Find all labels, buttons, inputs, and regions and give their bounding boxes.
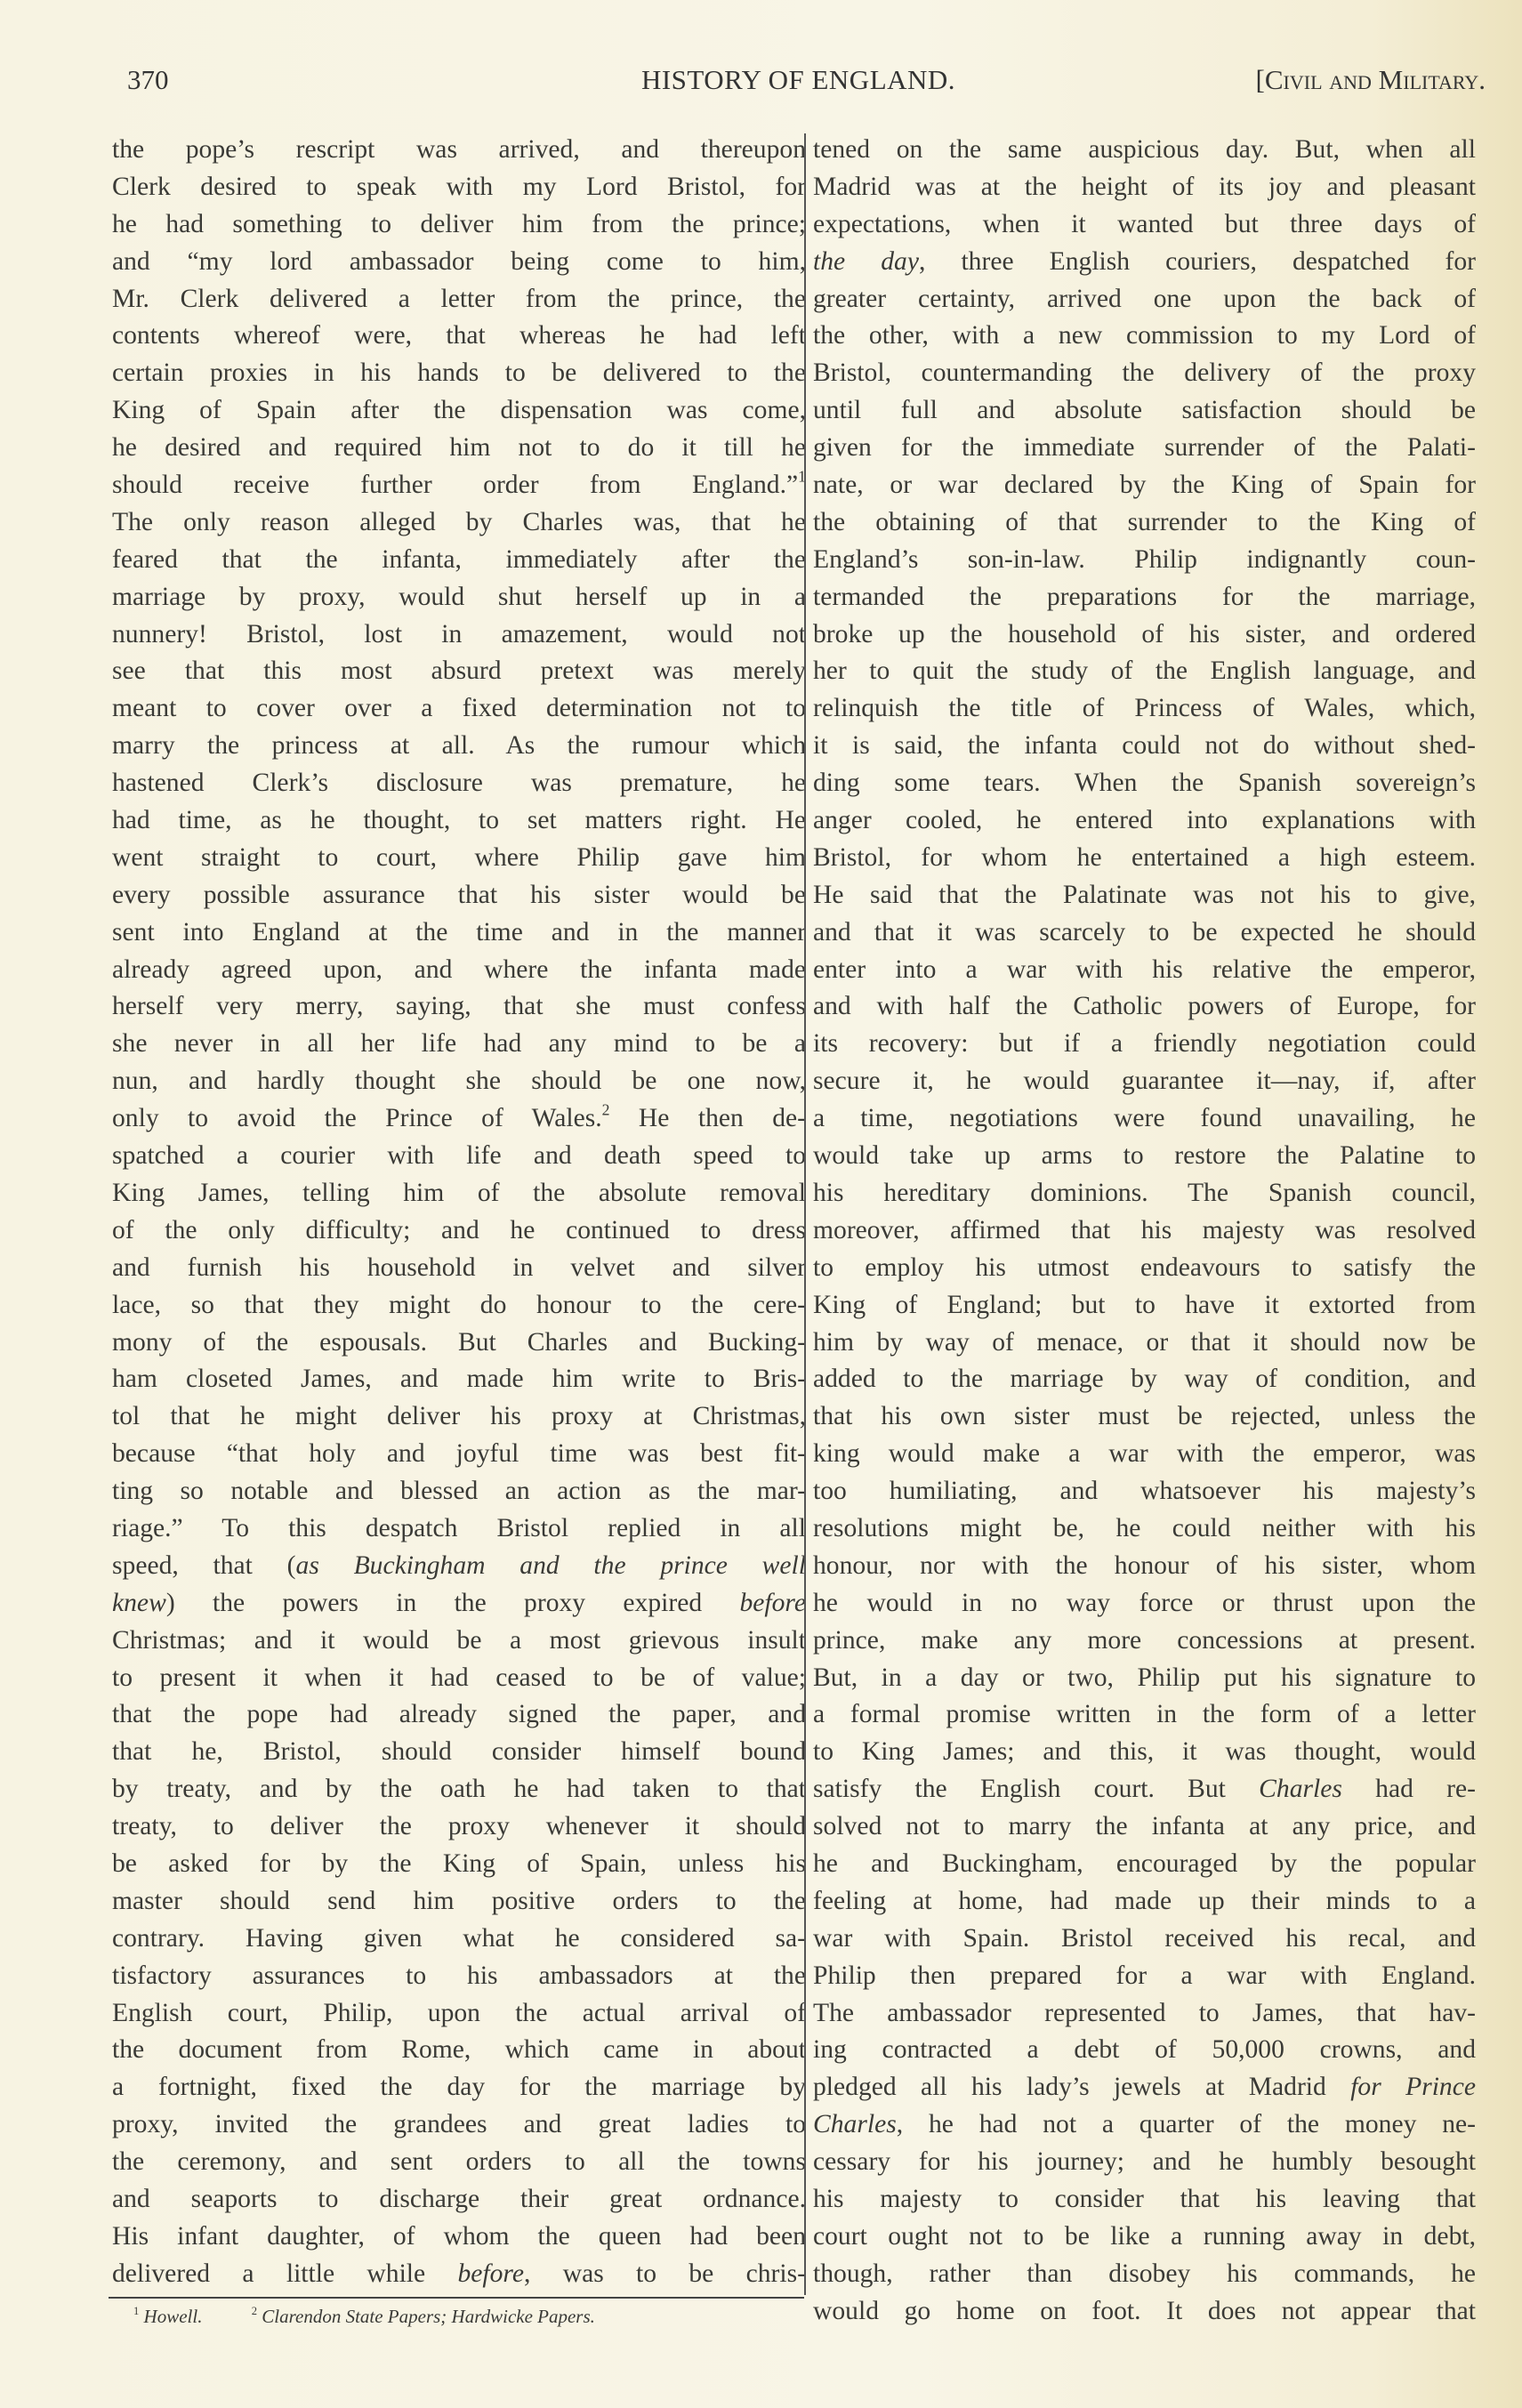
text-line: sent into England at the time and in the… — [112, 914, 806, 952]
text-line: and that it was scarcely to be expected … — [813, 914, 1476, 952]
book-page: 370 HISTORY OF ENGLAND. [Civil and Milit… — [0, 0, 1522, 2408]
text-line: only to avoid the Prince of Wales.2 He t… — [112, 1100, 806, 1138]
text-line: King of Spain after the dispensation was… — [112, 392, 806, 430]
text-line: had time, as he thought, to set matters … — [112, 802, 806, 840]
text-line: war with Spain. Bristol received his rec… — [813, 1921, 1476, 1958]
column-divider — [804, 133, 806, 2295]
text-line: Mr. Clerk delivered a letter from the pr… — [112, 281, 806, 318]
text-line: King James, telling him of the absolute … — [112, 1175, 806, 1212]
text-line: though, rather than disobey his commands… — [813, 2256, 1476, 2293]
text-line: ting so notable and blessed an action as… — [112, 1473, 806, 1510]
text-line: riage.” To this despatch Bristol replied… — [112, 1510, 806, 1548]
text-line: he desired and required him not to do it… — [112, 430, 806, 467]
text-line: certain proxies in his hands to be deliv… — [112, 355, 806, 392]
text-line: until full and absolute satisfaction sho… — [813, 392, 1476, 430]
text-line: greater certainty, arrived one upon the … — [813, 281, 1476, 318]
text-line: the document from Rome, which came in ab… — [112, 2032, 806, 2069]
text-line: ing contracted a debt of 50,000 crowns, … — [813, 2032, 1476, 2069]
text-line: a time, negotiations were found unavaili… — [813, 1100, 1476, 1138]
text-line: the ceremony, and sent orders to all the… — [112, 2144, 806, 2181]
text-line: went straight to court, where Philip gav… — [112, 840, 806, 877]
text-line: His infant daughter, of whom the queen h… — [112, 2219, 806, 2256]
text-line: Bristol, countermanding the delivery of … — [813, 355, 1476, 392]
text-line: treaty, to deliver the proxy whenever it… — [112, 1808, 806, 1846]
text-line: ding some tears. When the Spanish sovere… — [813, 765, 1476, 802]
text-line: expectations, when it wanted but three d… — [813, 206, 1476, 244]
text-line: court ought not to be like a running awa… — [813, 2219, 1476, 2256]
running-section: [Civil and Military. — [1256, 64, 1486, 96]
text-line: satisfy the English court. But Charles h… — [813, 1771, 1476, 1808]
text-line: ham closeted James, and made him write t… — [112, 1361, 806, 1398]
text-line: Philip then prepared for a war with Engl… — [813, 1958, 1476, 1995]
text-line: resolutions might be, he could neither w… — [813, 1510, 1476, 1548]
text-line: Christmas; and it would be a most grievo… — [112, 1623, 806, 1660]
text-line: tisfactory assurances to his ambassadors… — [112, 1958, 806, 1995]
text-line: secure it, he would guarantee it—nay, if… — [813, 1063, 1476, 1100]
text-line: added to the marriage by way of conditio… — [813, 1361, 1476, 1398]
text-line: The only reason alleged by Charles was, … — [112, 504, 806, 542]
text-line: prince, make any more concessions at pre… — [813, 1623, 1476, 1660]
text-line: anger cooled, he entered into explanatio… — [813, 802, 1476, 840]
text-line: tol that he might deliver his proxy at C… — [112, 1398, 806, 1436]
text-line: every possible assurance that his sister… — [112, 877, 806, 914]
text-line: him by way of menace, or that it should … — [813, 1325, 1476, 1362]
right-column: tened on the same auspicious day. But, w… — [813, 132, 1476, 2331]
text-line: hastened Clerk’s disclosure was prematur… — [112, 765, 806, 802]
text-line: Charles, he had not a quarter of the mon… — [813, 2106, 1476, 2144]
text-line: solved not to marry the infanta at any p… — [813, 1808, 1476, 1846]
text-line: meant to cover over a fixed determinatio… — [112, 690, 806, 728]
text-line: knew) the powers in the proxy expired be… — [112, 1585, 806, 1623]
text-line: his hereditary dominions. The Spanish co… — [813, 1175, 1476, 1212]
text-line: see that this most absurd pretext was me… — [112, 653, 806, 690]
text-line: by treaty, and by the oath he had taken … — [112, 1771, 806, 1808]
text-line: would go home on foot. It does not appea… — [813, 2293, 1476, 2331]
text-line: cessary for his journey; and he humbly b… — [813, 2144, 1476, 2181]
text-line: already agreed upon, and where the infan… — [112, 952, 806, 989]
text-line: The ambassador represented to James, tha… — [813, 1995, 1476, 2033]
text-line: marriage by proxy, would shut herself up… — [112, 579, 806, 616]
text-line: mony of the espousals. But Charles and B… — [112, 1325, 806, 1362]
text-line: a fortnight, fixed the day for the marri… — [112, 2069, 806, 2106]
text-line: would take up arms to restore the Palati… — [813, 1138, 1476, 1175]
text-line: it is said, the infanta could not do wit… — [813, 728, 1476, 765]
text-line: too humiliating, and whatsoever his maje… — [813, 1473, 1476, 1510]
text-line: master should send him positive orders t… — [112, 1883, 806, 1921]
text-line: nunnery! Bristol, lost in amazement, wou… — [112, 616, 806, 654]
text-line: pledged all his lady’s jewels at Madrid … — [813, 2069, 1476, 2106]
text-line: tened on the same auspicious day. But, w… — [813, 132, 1476, 169]
left-column: the pope’s rescript was arrived, and the… — [112, 132, 806, 2293]
text-line: he would in no way force or thrust upon … — [813, 1585, 1476, 1623]
text-line: he had something to deliver him from the… — [112, 206, 806, 244]
running-head: 370 HISTORY OF ENGLAND. [Civil and Milit… — [111, 64, 1486, 100]
text-line: and seaports to discharge their great or… — [112, 2181, 806, 2219]
text-line: and with half the Catholic powers of Eur… — [813, 988, 1476, 1026]
text-line: because “that holy and joyful time was b… — [112, 1436, 806, 1473]
text-line: relinquish the title of Princess of Wale… — [813, 690, 1476, 728]
text-line: herself very merry, saying, that she mus… — [112, 988, 806, 1026]
text-line: nun, and hardly thought she should be on… — [112, 1063, 806, 1100]
footnote-2: 2 Clarendon State Papers; Hardwicke Pape… — [252, 2306, 595, 2327]
text-line: the pope’s rescript was arrived, and the… — [112, 132, 806, 169]
text-line: marry the princess at all. As the rumour… — [112, 728, 806, 765]
text-line: to employ his utmost endeavours to satis… — [813, 1250, 1476, 1287]
text-line: spatched a courier with life and death s… — [112, 1138, 806, 1175]
text-line: termanded the preparations for the marri… — [813, 579, 1476, 616]
text-line: be asked for by the King of Spain, unles… — [112, 1846, 806, 1883]
text-line: and “my lord ambassador being come to hi… — [112, 244, 806, 281]
text-line: king would make a war with the emperor, … — [813, 1436, 1476, 1473]
text-line: feared that the infanta, immediately aft… — [112, 542, 806, 579]
text-line: her to quit the study of the English lan… — [813, 653, 1476, 690]
text-line: delivered a little while before, was to … — [112, 2256, 806, 2293]
text-line: a formal promise written in the form of … — [813, 1696, 1476, 1734]
footnote-1: 1 Howell. — [133, 2306, 202, 2327]
text-line: moreover, affirmed that his majesty was … — [813, 1212, 1476, 1250]
text-line: England’s son-in-law. Philip indignantly… — [813, 542, 1476, 579]
text-line: broke up the household of his sister, an… — [813, 616, 1476, 654]
text-line: Clerk desired to speak with my Lord Bris… — [112, 169, 806, 206]
text-line: speed, that (as Buckingham and the princ… — [112, 1548, 806, 1585]
text-line: that he, Bristol, should consider himsel… — [112, 1734, 806, 1771]
text-line: He said that the Palatinate was not his … — [813, 877, 1476, 914]
text-line: that his own sister must be rejected, un… — [813, 1398, 1476, 1436]
text-line: nate, or war declared by the King of Spa… — [813, 467, 1476, 504]
text-line: that the pope had already signed the pap… — [112, 1696, 806, 1734]
text-line: should receive further order from Englan… — [112, 467, 806, 504]
text-line: to present it when it had ceased to be o… — [112, 1660, 806, 1697]
text-line: King of England; but to have it extorted… — [813, 1287, 1476, 1325]
text-line: Madrid was at the height of its joy and … — [813, 169, 1476, 206]
text-line: Bristol, for whom he entertained a high … — [813, 840, 1476, 877]
text-line: lace, so that they might do honour to th… — [112, 1287, 806, 1325]
text-line: contents whereof were, that whereas he h… — [112, 318, 806, 355]
text-line: feeling at home, had made up their minds… — [813, 1883, 1476, 1921]
text-line: the day, three English couriers, despatc… — [813, 244, 1476, 281]
text-line: of the only difficulty; and he continued… — [112, 1212, 806, 1250]
text-line: the other, with a new commission to my L… — [813, 318, 1476, 355]
footnotes: 1 Howell. 2 Clarendon State Papers; Hard… — [133, 2306, 640, 2328]
text-line: she never in all her life had any mind t… — [112, 1026, 806, 1063]
text-line: contrary. Having given what he considere… — [112, 1921, 806, 1958]
text-line: and furnish his household in velvet and … — [112, 1250, 806, 1287]
text-line: honour, nor with the honour of his siste… — [813, 1548, 1476, 1585]
text-line: his majesty to consider that his leaving… — [813, 2181, 1476, 2219]
text-line: the obtaining of that surrender to the K… — [813, 504, 1476, 542]
text-line: proxy, invited the grandees and great la… — [112, 2106, 806, 2144]
text-line: to King James; and this, it was thought,… — [813, 1734, 1476, 1771]
footnote-rule — [109, 2297, 804, 2299]
text-line: But, in a day or two, Philip put his sig… — [813, 1660, 1476, 1697]
text-line: he and Buckingham, encouraged by the pop… — [813, 1846, 1476, 1883]
text-line: its recovery: but if a friendly negotiat… — [813, 1026, 1476, 1063]
text-line: given for the immediate surrender of the… — [813, 430, 1476, 467]
text-line: English court, Philip, upon the actual a… — [112, 1995, 806, 2033]
text-line: enter into a war with his relative the e… — [813, 952, 1476, 989]
